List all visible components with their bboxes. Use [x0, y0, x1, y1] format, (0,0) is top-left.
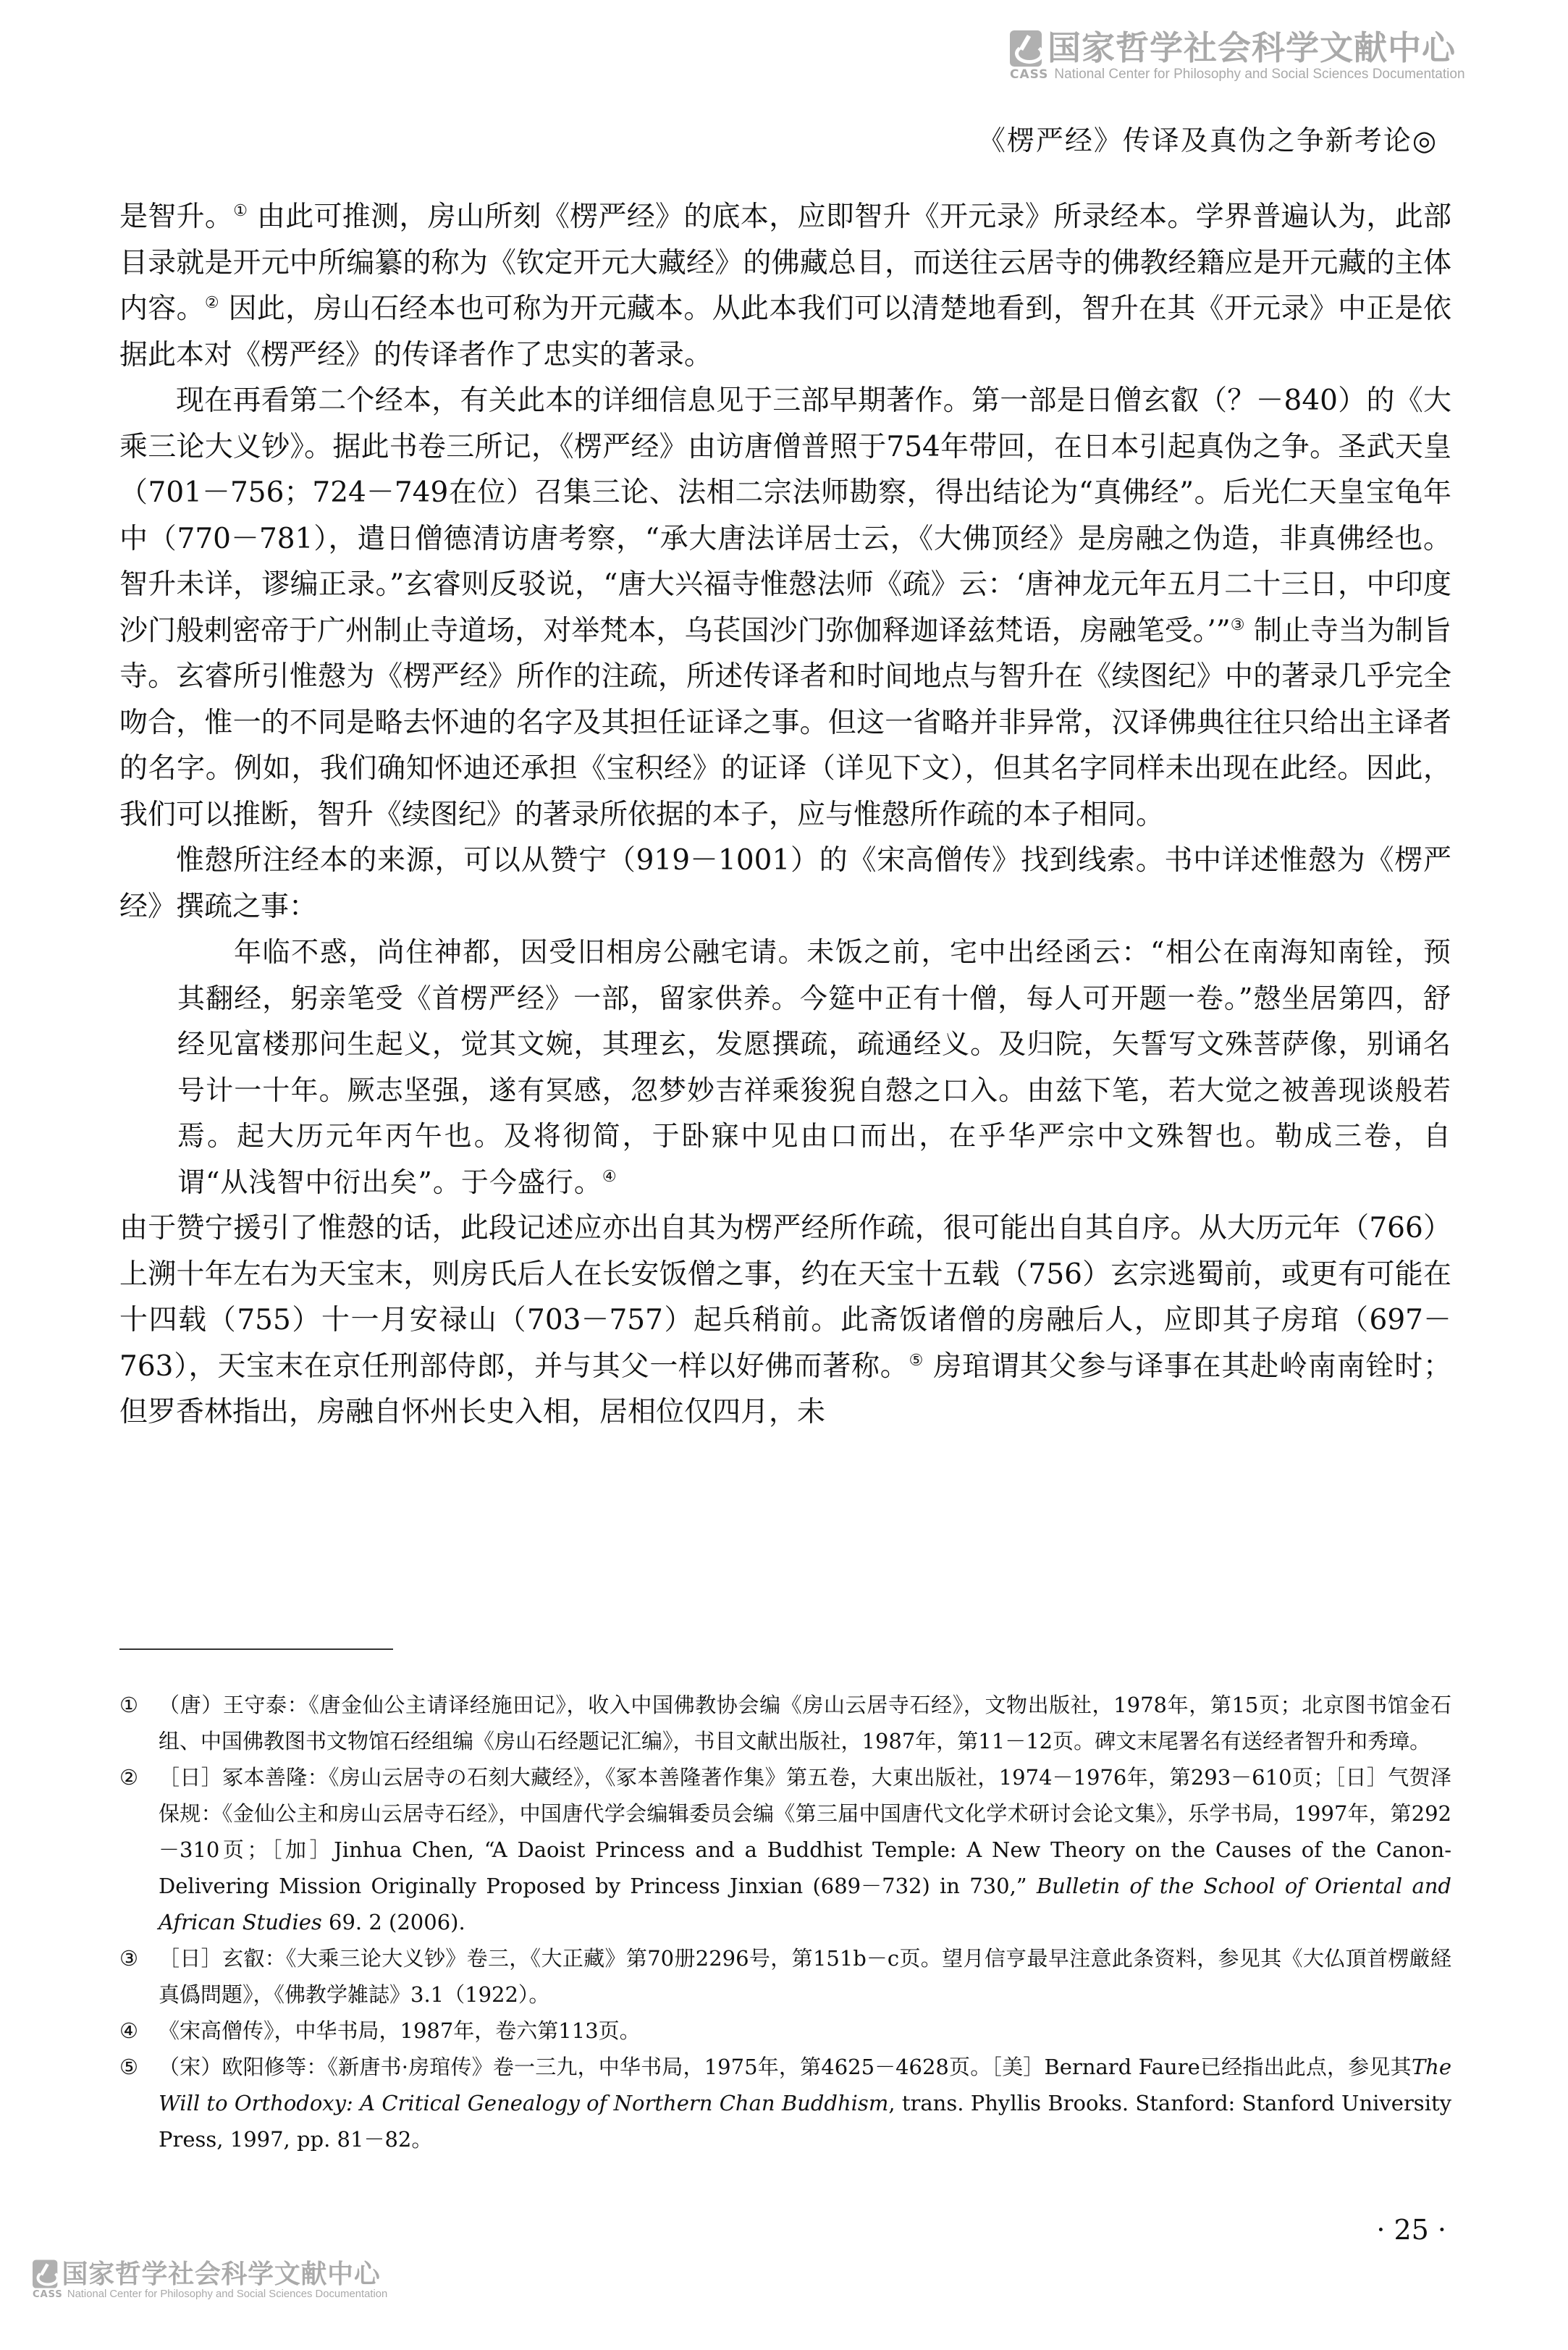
- footnote-ref-4[interactable]: ④: [602, 1168, 617, 1186]
- main-body: 是智升。① 由此可推测，房山所刻《楞严经》的底本，应即智升《开元录》所录经本。学…: [119, 194, 1451, 1436]
- watermark-cass: CASS: [1010, 67, 1048, 82]
- footnote-number: ⑤: [119, 2049, 159, 2157]
- paragraph-text: 惟慤所注经本的来源，可以从赞宁（919－1001）的《宋高僧传》找到线索。书中详…: [119, 844, 1451, 923]
- footnote-number: ③: [119, 1940, 159, 2013]
- footnote-number: ④: [119, 2013, 159, 2049]
- cass-logo-icon: [33, 2260, 57, 2288]
- footnote-4: ④ 《宋高僧传》，中华书局，1987年，卷六第113页。: [119, 2013, 1451, 2049]
- watermark-logo-top: 国家哲学社会科学文献中心 CASS National Center for Ph…: [1010, 29, 1465, 83]
- footnote-3: ③ ［日］玄叡：《大乘三论大义钞》卷三，《大正藏》第70册2296号，第151b…: [119, 1940, 1451, 2013]
- block-quote: 年临不惑，尚住神都，因受旧相房公融宅请。未饭之前，宅中出经函云：“相公在南海知南…: [177, 930, 1451, 1205]
- footnote-1: ① （唐）王守泰：《唐金仙公主请译经施田记》，收入中国佛教协会编《房山云居寺石经…: [119, 1687, 1451, 1759]
- footnote-2: ② ［日］冢本善隆：《房山云居寺の石刻大藏经》，《冢本善隆著作集》第五卷，大東出…: [119, 1759, 1451, 1940]
- footnote-text-part: 69. 2 (2006).: [322, 1910, 465, 1934]
- footnote-text: ［日］冢本善隆：《房山云居寺の石刻大藏经》，《冢本善隆著作集》第五卷，大東出版社…: [159, 1759, 1451, 1940]
- footnote-text: ［日］玄叡：《大乘三论大义钞》卷三，《大正藏》第70册2296号，第151b－c…: [159, 1940, 1451, 2013]
- footnote-ref-5[interactable]: ⑤: [909, 1352, 924, 1370]
- footnote-ref-1[interactable]: ①: [233, 202, 248, 220]
- paragraph-4: 由于赞宁援引了惟慤的话，此段记述应亦出自其为楞严经所作疏，很可能出自其自序。从大…: [119, 1205, 1451, 1436]
- footnote-divider: [119, 1648, 393, 1650]
- paragraph-1: 是智升。① 由此可推测，房山所刻《楞严经》的底本，应即智升《开元录》所录经本。学…: [119, 194, 1451, 378]
- paragraph-3: 惟慤所注经本的来源，可以从赞宁（919－1001）的《宋高僧传》找到线索。书中详…: [119, 838, 1451, 930]
- running-head: 《楞严经》传译及真伪之争新考论◎: [978, 118, 1438, 158]
- watermark-cn: 国家哲学社会科学文献中心: [62, 2259, 388, 2288]
- footnote-ref-3[interactable]: ③: [1231, 616, 1245, 634]
- quote-text: 年临不惑，尚住神都，因受旧相房公融宅请。未饭之前，宅中出经函云：“相公在南海知南…: [177, 936, 1451, 1198]
- footnote-5: ⑤ （宋）欧阳修等：《新唐书·房琯传》卷一三九，中华书局，1975年，第4625…: [119, 2049, 1451, 2157]
- footnote-text: 《宋高僧传》，中华书局，1987年，卷六第113页。: [159, 2013, 1451, 2049]
- paragraph-text: 现在再看第二个经本，有关此本的详细信息见于三部早期著作。第一部是日僧玄叡（？－8…: [119, 384, 1451, 647]
- watermark-logo-bottom: 国家哲学社会科学文献中心 CASS National Center for Ph…: [33, 2259, 387, 2301]
- page-number: · 25 ·: [1376, 2214, 1446, 2246]
- footnote-number: ①: [119, 1687, 159, 1759]
- paragraph-text: 是智升。: [119, 201, 233, 233]
- watermark-cass: CASS: [33, 2288, 63, 2300]
- cass-logo-icon: [1010, 30, 1042, 67]
- footnote-text: （宋）欧阳修等：《新唐书·房琯传》卷一三九，中华书局，1975年，第4625－4…: [159, 2049, 1451, 2157]
- footnotes: ① （唐）王守泰：《唐金仙公主请译经施田记》，收入中国佛教协会编《房山云居寺石经…: [119, 1687, 1451, 2157]
- watermark-cn: 国家哲学社会科学文献中心: [1048, 29, 1465, 67]
- footnote-text: （唐）王守泰：《唐金仙公主请译经施田记》，收入中国佛教协会编《房山云居寺石经》，…: [159, 1687, 1451, 1759]
- paragraph-text: 因此，房山石经本也可称为开元藏本。从此本我们可以清楚地看到，智升在其《开元录》中…: [119, 292, 1451, 371]
- watermark-en: National Center for Philosophy and Socia…: [1054, 67, 1464, 83]
- paragraph-2: 现在再看第二个经本，有关此本的详细信息见于三部早期著作。第一部是日僧玄叡（？－8…: [119, 378, 1451, 838]
- footnote-text-part: （宋）欧阳修等：《新唐书·房琯传》卷一三九，中华书局，1975年，第4625－4…: [159, 2055, 1412, 2079]
- footnote-number: ②: [119, 1759, 159, 1940]
- footnote-ref-2[interactable]: ②: [205, 294, 219, 312]
- watermark-en: National Center for Philosophy and Socia…: [67, 2288, 387, 2301]
